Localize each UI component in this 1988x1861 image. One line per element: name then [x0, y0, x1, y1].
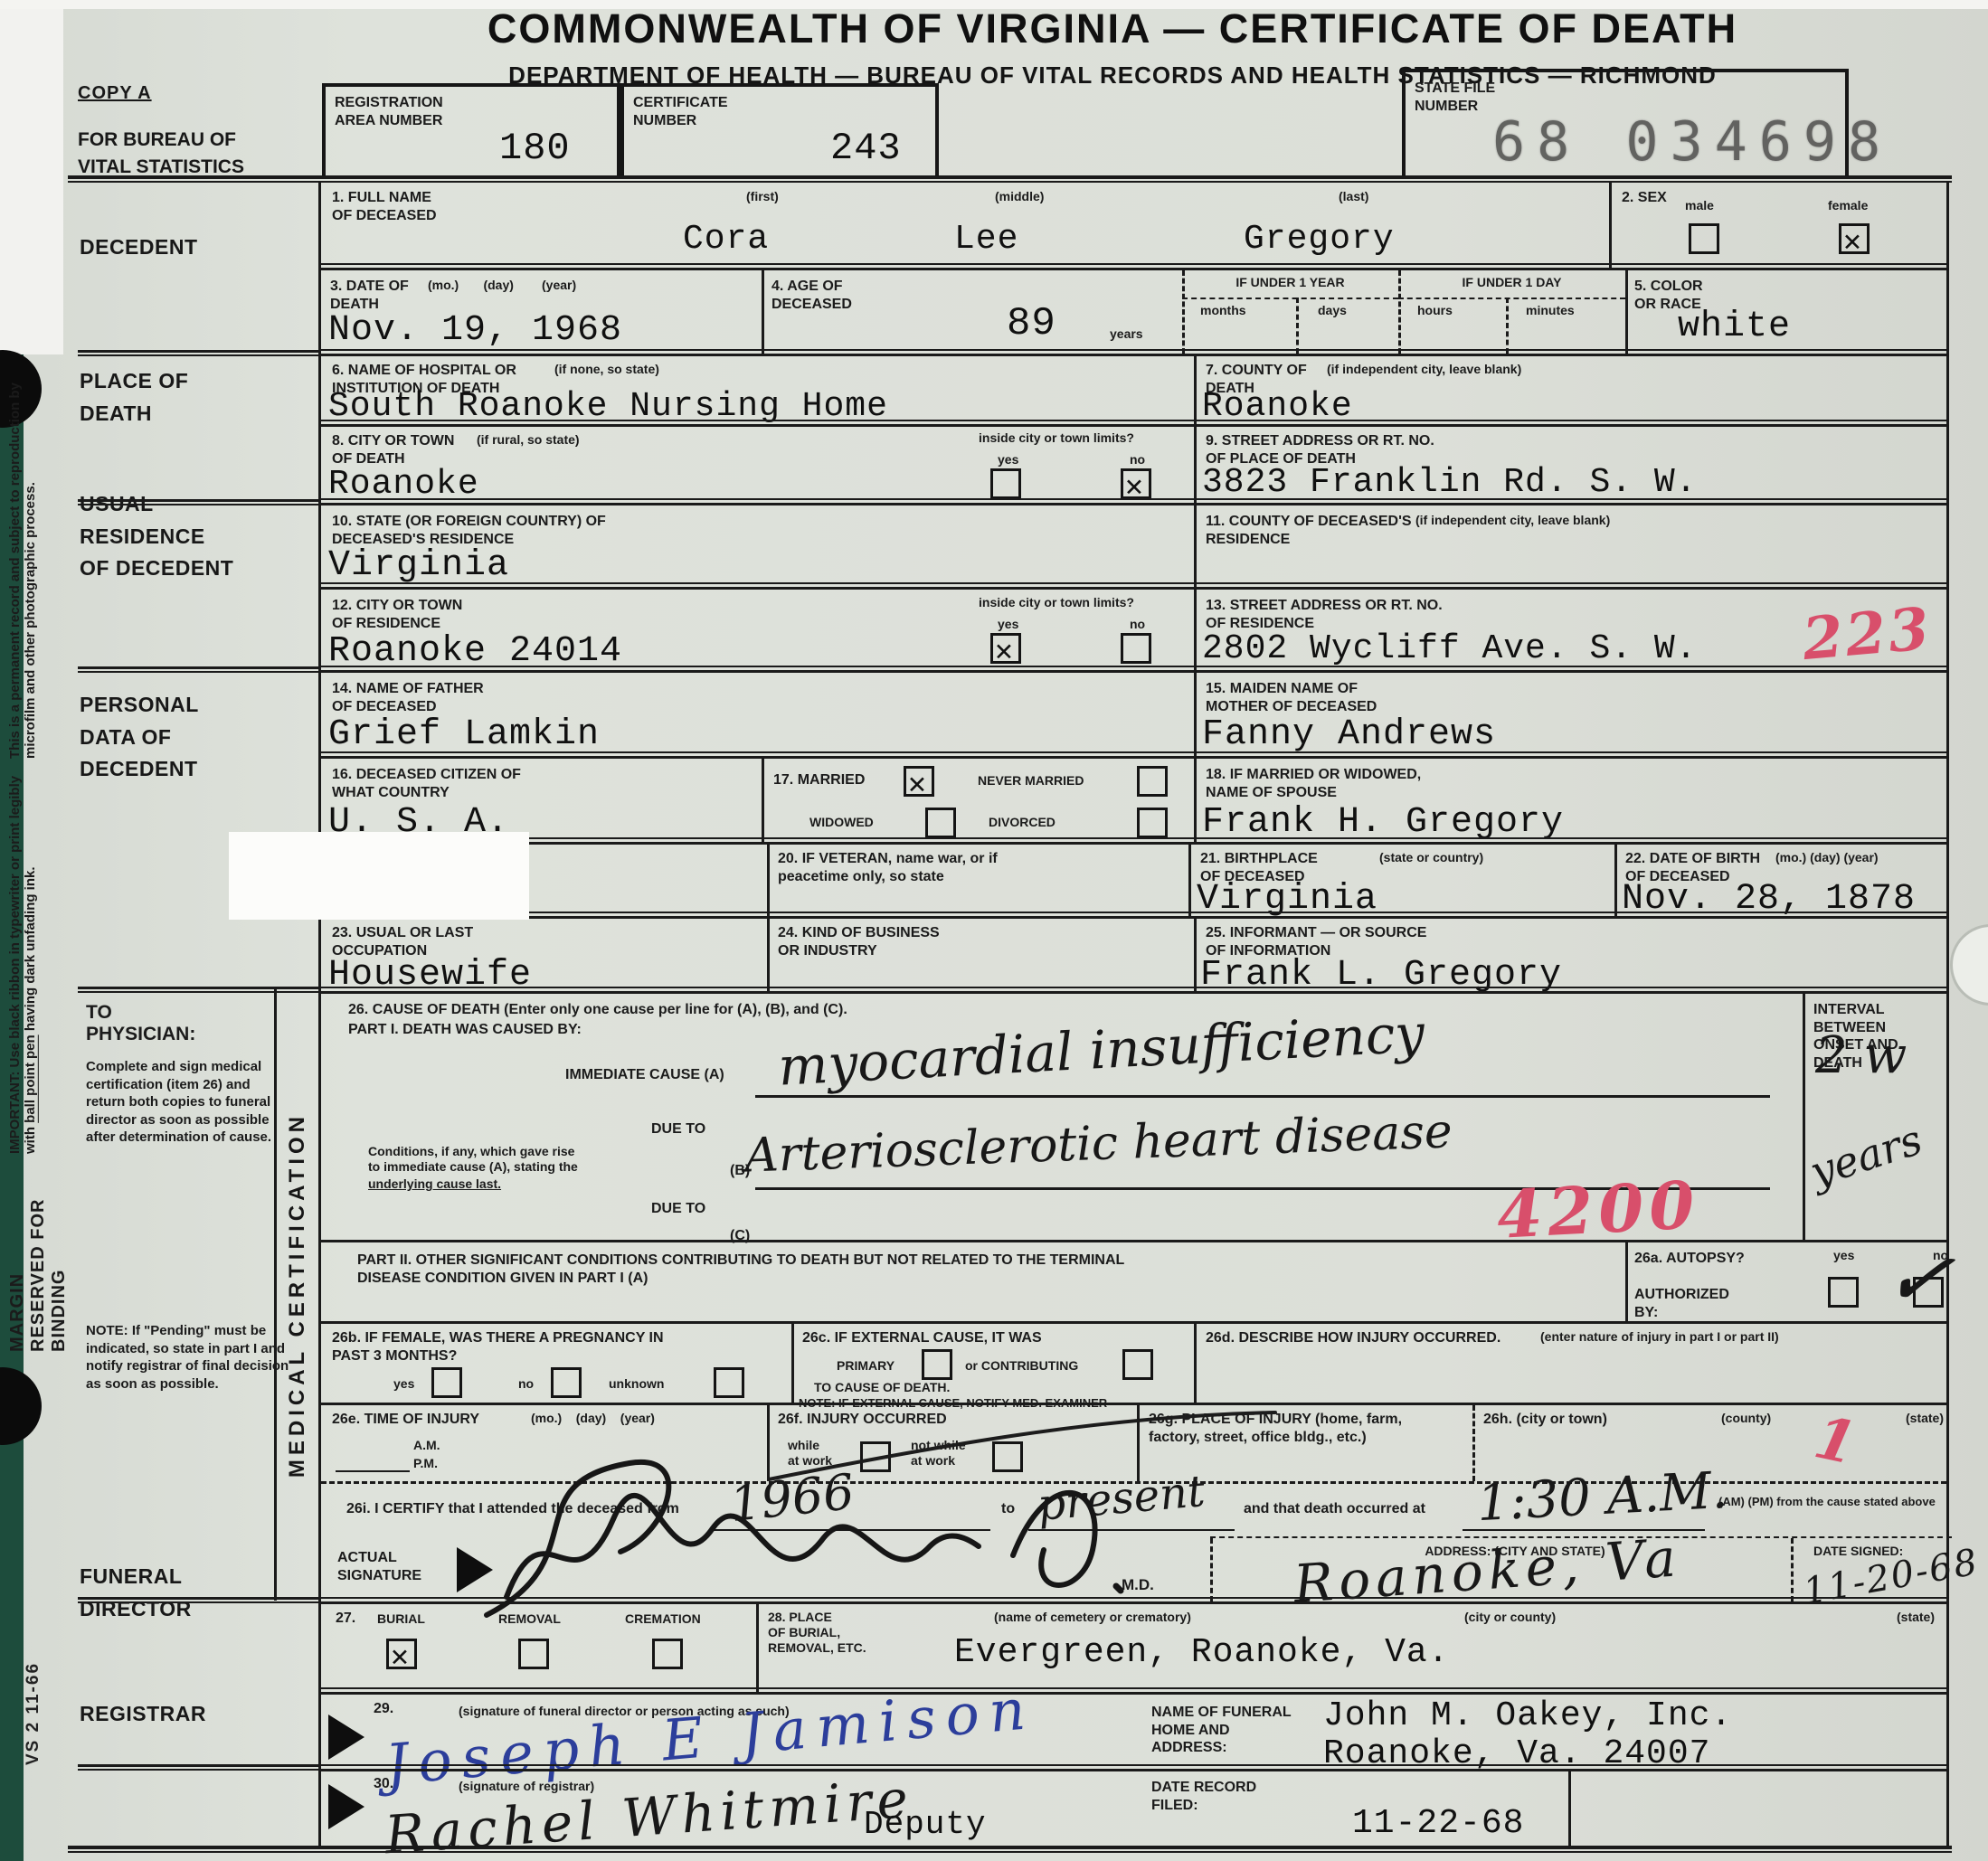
- never-married-label: NEVER MARRIED: [978, 773, 1084, 789]
- informant-value: Frank L. Gregory: [1200, 955, 1562, 996]
- divider: [1625, 270, 1628, 354]
- row-hospital: 6. NAME OF HOSPITAL OR INSTITUTION OF DE…: [321, 354, 1946, 424]
- pregnancy-label: 26b. IF FEMALE, WAS THERE A PREGNANCY IN…: [332, 1329, 664, 1365]
- city-limits-label: inside city or town limits?: [943, 430, 1169, 446]
- burial-checkbox: [386, 1639, 417, 1669]
- whiteout-patch: [229, 832, 529, 920]
- actual-signature-label: ACTUAL SIGNATURE: [337, 1549, 421, 1584]
- cause-a-handwriting: myocardial insufficiency: [777, 1002, 1426, 1097]
- side-separator: [78, 499, 318, 505]
- punch-hole-right: [1950, 924, 1988, 1006]
- pm-label: P.M.: [413, 1456, 438, 1471]
- sex-female-checkbox: [1839, 223, 1870, 254]
- row-full-name: 1. FULL NAME OF DECEASED (first) (middle…: [321, 182, 1946, 268]
- county-residence-label: 11. COUNTY OF DECEASED'S RESIDENCE: [1206, 513, 1412, 548]
- funeral-home-name-value: John M. Oakey, Inc.: [1323, 1696, 1732, 1735]
- date-of-death-hint: (mo.) (day) (year): [428, 278, 576, 293]
- married-checkbox: [904, 766, 934, 797]
- row-citizen-marital: 16. DECEASED CITIZEN OF WHAT COUNTRY U. …: [321, 756, 1946, 842]
- veteran-label: 20. IF VETERAN, name war, or if peacetim…: [778, 850, 998, 885]
- minutes-label: minutes: [1526, 303, 1575, 318]
- father-label: 14. NAME OF FATHER OF DECEASED: [332, 680, 484, 715]
- medical-certification-label: MEDICAL CERTIFICATION: [285, 1112, 310, 1478]
- divider: [1506, 298, 1509, 354]
- autopsy-label: 26a. AUTOPSY?: [1634, 1250, 1745, 1268]
- widowed-label: WIDOWED: [809, 815, 874, 830]
- document-title: COMMONWEALTH OF VIRGINIA — CERTIFICATE O…: [271, 5, 1954, 52]
- date-of-death-value: Nov. 19, 1968: [328, 310, 622, 351]
- occupation-value: Housewife: [328, 955, 532, 996]
- age-unit-label: years: [1110, 326, 1143, 342]
- pregnancy-unknown-checkbox: [714, 1367, 744, 1398]
- physician-signature: [470, 1400, 1321, 1626]
- divider: [1803, 994, 1805, 1240]
- registration-area-label: REGISTRATION AREA NUMBER: [335, 94, 443, 129]
- widowed-checkbox: [925, 808, 956, 838]
- funeral-home-address-value: Roanoke, Va. 24007: [1323, 1734, 1710, 1773]
- full-name-label: 1. FULL NAME OF DECEASED: [332, 189, 437, 224]
- citizen-label: 16. DECEASED CITIZEN OF WHAT COUNTRY: [332, 766, 521, 801]
- due-to-1-label: DUE TO: [651, 1120, 705, 1138]
- city-limits-yes-label: yes: [998, 452, 1018, 468]
- business-label: 24. KIND OF BUSINESS OR INDUSTRY: [778, 924, 940, 959]
- interval-a-handwriting: 2 w: [1815, 1026, 1907, 1085]
- divorced-label: DIVORCED: [989, 815, 1056, 830]
- residence-limits-yes-checkbox: [990, 633, 1021, 664]
- form-code: VS 2 11-66: [24, 1584, 43, 1765]
- injury-description-label: 26d. DESCRIBE HOW INJURY OCCURRED.: [1206, 1329, 1500, 1347]
- days-label: days: [1318, 303, 1347, 318]
- disposition-number-label: 27.: [336, 1610, 355, 1628]
- section-place-of-death: PLACE OF DEATH: [80, 365, 306, 430]
- funeral-director-arrow-icon: [328, 1715, 364, 1760]
- pregnancy-no-label: no: [518, 1376, 534, 1392]
- divider: [1194, 356, 1197, 424]
- sex-male-checkbox: [1689, 223, 1719, 254]
- hours-label: hours: [1417, 303, 1453, 318]
- margin-important-note: IMPORTANT: Use black ribbon in typewrite…: [7, 768, 85, 1154]
- cremation-checkbox: [652, 1639, 683, 1669]
- funeral-home-label: NAME OF FUNERAL HOME AND ADDRESS:: [1151, 1704, 1292, 1757]
- to-physician-title: TO PHYSICIAN:: [86, 1002, 289, 1045]
- residence-limits-no-checkbox: [1121, 633, 1151, 664]
- divider: [1398, 298, 1625, 299]
- color-race-value: white: [1678, 307, 1791, 347]
- row-funeral-director: 29. (signature of funeral director or pe…: [321, 1692, 1946, 1769]
- divider: [767, 845, 770, 916]
- funeral-director-number-label: 29.: [374, 1700, 393, 1718]
- sex-female-label: female: [1828, 198, 1868, 213]
- residence-limits-no-label: no: [1130, 617, 1145, 632]
- binder-hole: [0, 1367, 42, 1445]
- divider: [762, 270, 764, 354]
- state-residence-value: Virginia: [328, 545, 509, 586]
- age-label: 4. AGE OF DECEASED: [772, 278, 852, 313]
- copy-label: COPY A: [78, 83, 152, 104]
- date-filed-value: 11-22-68: [1352, 1804, 1524, 1843]
- time-of-injury-label: 26e. TIME OF INJURY: [332, 1411, 479, 1429]
- deputy-value: Deputy: [864, 1806, 987, 1843]
- street-residence-value: 2802 Wycliff Ave. S. W.: [1202, 629, 1698, 668]
- burial-state-hint: (state): [1897, 1610, 1935, 1625]
- divider: [1296, 298, 1299, 354]
- conditions-note-underlined: underlying cause last.: [368, 1176, 501, 1192]
- pregnancy-yes-checkbox: [431, 1367, 462, 1398]
- dob-value: Nov. 28, 1878: [1622, 879, 1916, 920]
- pregnancy-no-checkbox: [551, 1367, 582, 1398]
- am-label: A.M.: [413, 1438, 440, 1453]
- state-residence-label: 10. STATE (OR FOREIGN COUNTRY) OF DECEAS…: [332, 513, 606, 548]
- divider: [1194, 505, 1197, 587]
- pregnancy-yes-label: yes: [393, 1376, 414, 1392]
- primary-label: PRIMARY: [837, 1358, 895, 1374]
- mother-value: Fanny Andrews: [1202, 714, 1496, 755]
- birthplace-hint: (state or country): [1379, 850, 1483, 865]
- place-of-burial-value: Evergreen, Roanoke, Va.: [954, 1633, 1450, 1672]
- city-limits-no-checkbox: [1121, 468, 1151, 499]
- divider: [1614, 845, 1617, 916]
- pending-note: NOTE: If "Pending" must be indicated, so…: [86, 1322, 296, 1393]
- scan-white-corner: [0, 0, 63, 354]
- death-certificate-page: COMMONWEALTH OF VIRGINIA — CERTIFICATE O…: [0, 0, 1988, 1861]
- residence-limits-yes-label: yes: [998, 617, 1018, 632]
- section-personal-data: PERSONAL DATA OF DECEDENT: [80, 689, 306, 786]
- burial-label: BURIAL: [377, 1611, 425, 1627]
- to-physician-body: Complete and sign medical certification …: [86, 1058, 289, 1147]
- cause-label: 26. CAUSE OF DEATH (Enter only one cause…: [348, 1001, 847, 1019]
- bureau-label: FOR BUREAU OF VITAL STATISTICS: [78, 127, 244, 182]
- pregnancy-unknown-label: unknown: [609, 1376, 664, 1392]
- registration-area-box: REGISTRATION AREA NUMBER 180: [322, 83, 620, 177]
- row-state-residence: 10. STATE (OR FOREIGN COUNTRY) OF DECEAS…: [321, 503, 1946, 587]
- divider: [1609, 182, 1612, 268]
- side-separator: [78, 666, 318, 673]
- section-registrar: REGISTRAR: [80, 1698, 306, 1731]
- am-pm-line: [336, 1470, 410, 1472]
- spouse-label: 18. IF MARRIED OR WIDOWED, NAME OF SPOUS…: [1206, 766, 1421, 801]
- divider: [762, 759, 764, 842]
- row-city-of-death: 8. CITY OR TOWN OF DEATH (if rural, so s…: [321, 424, 1946, 503]
- sex-label: 2. SEX: [1622, 189, 1667, 207]
- medical-certification-strip: MEDICAL CERTIFICATION: [274, 989, 318, 1601]
- hospital-hint: (if none, so state): [554, 362, 659, 377]
- injury-state-label: (state): [1906, 1411, 1944, 1426]
- divider: [1188, 845, 1191, 916]
- residence-limits-label: inside city or town limits?: [943, 595, 1169, 610]
- external-cause-label: 26c. IF EXTERNAL CAUSE, IT WAS: [802, 1329, 1042, 1347]
- city-of-death-hint: (if rural, so state): [477, 432, 580, 448]
- cause-part1-label: PART I. DEATH WAS CAUSED BY:: [348, 1021, 582, 1039]
- middle-name-value: Lee: [954, 220, 1018, 259]
- autopsy-yes-checkbox: [1828, 1277, 1859, 1308]
- under-1-year-label: IF UNDER 1 YEAR: [1184, 275, 1396, 290]
- to-cause-label: TO CAUSE OF DEATH.: [814, 1380, 950, 1395]
- certificate-number-value: 243: [830, 127, 902, 170]
- divider: [1194, 590, 1197, 670]
- margin-permanent-note: This is a permanent record and subject t…: [7, 380, 85, 759]
- city-of-death-label: 8. CITY OR TOWN OF DEATH: [332, 432, 454, 468]
- authorized-by-label: AUTHORIZED BY:: [1634, 1286, 1729, 1321]
- divider: [1568, 1771, 1571, 1849]
- age-value: 89: [1007, 301, 1056, 346]
- sex-male-label: male: [1685, 198, 1714, 213]
- ampm-tail-label: (AM) (PM) from the cause stated above: [1718, 1495, 1946, 1509]
- state-file-value: 68 034698: [1492, 110, 1892, 174]
- county-residence-hint: (if independent city, leave blank): [1415, 513, 1610, 528]
- injury-county-label: (county): [1721, 1411, 1771, 1426]
- contributing-checkbox: [1122, 1349, 1153, 1380]
- divider: [791, 1324, 794, 1403]
- date-of-death-label: 3. DATE OF DEATH: [330, 278, 409, 313]
- margin-binding-label: MARGIN RESERVED FOR BINDING: [7, 1163, 85, 1352]
- side-separator: [78, 350, 318, 356]
- divider: [1625, 1242, 1628, 1321]
- last-hint: (last): [1339, 189, 1368, 204]
- registration-area-value: 180: [499, 127, 571, 170]
- city-limits-no-label: no: [1130, 452, 1145, 468]
- contributing-label: or CONTRIBUTING: [965, 1358, 1078, 1374]
- divorced-checkbox: [1137, 808, 1168, 838]
- row-veteran-birth: 20. IF VETERAN, name war, or if peacetim…: [321, 842, 1946, 916]
- section-decedent: DECEDENT: [80, 231, 306, 264]
- row-pregnancy-external: 26b. IF FEMALE, WAS THERE A PREGNANCY IN…: [321, 1321, 1946, 1403]
- autopsy-no-check-mark: ✓: [1878, 1225, 1960, 1331]
- divider: [1194, 427, 1197, 503]
- primary-checkbox: [922, 1349, 952, 1380]
- street-residence-annotation: 223: [1800, 595, 1935, 674]
- binding-margin-text: MARGIN RESERVED FOR BINDING IMPORTANT: U…: [7, 380, 85, 1352]
- burial-city-hint: (city or county): [1464, 1610, 1556, 1625]
- divider: [767, 919, 770, 991]
- mother-label: 15. MAIDEN NAME OF MOTHER OF DECEASED: [1206, 680, 1377, 715]
- row-part2-autopsy: PART II. OTHER SIGNIFICANT CONDITIONS CO…: [321, 1240, 1946, 1321]
- row-cause-of-death: 26. CAUSE OF DEATH (Enter only one cause…: [321, 991, 1946, 1240]
- last-name-value: Gregory: [1244, 220, 1395, 259]
- injury-county-mark: 1: [1809, 1403, 1862, 1478]
- cause-a-line: [755, 1095, 1770, 1098]
- city-limits-yes-checkbox: [990, 468, 1021, 499]
- divider: [1182, 298, 1398, 299]
- conditions-note: Conditions, if any, which gave rise to i…: [368, 1144, 578, 1175]
- interval-b-handwriting: years: [1804, 1115, 1928, 1196]
- under-1-day-label: IF UNDER 1 DAY: [1400, 275, 1624, 290]
- first-hint: (first): [746, 189, 779, 204]
- row-city-residence: 12. CITY OR TOWN OF RESIDENCE inside cit…: [321, 587, 1946, 670]
- first-name-value: Cora: [683, 220, 769, 259]
- registrar-arrow-icon: [328, 1784, 364, 1829]
- divider: [1472, 1405, 1475, 1481]
- registrar-number-label: 30.: [374, 1775, 393, 1793]
- dob-hint: (mo.) (day) (year): [1775, 850, 1879, 865]
- row-occupation: 23. USUAL OR LAST OCCUPATION Housewife 2…: [321, 916, 1946, 991]
- removal-checkbox: [518, 1639, 549, 1669]
- divider: [1194, 673, 1197, 756]
- injury-city-label: 26h. (city or town): [1483, 1411, 1607, 1429]
- to-physician-block: TO PHYSICIAN: Complete and sign medical …: [86, 1002, 289, 1147]
- row-parents: 14. NAME OF FATHER OF DECEASED Grief Lam…: [321, 670, 1946, 756]
- father-value: Grief Lamkin: [328, 714, 600, 755]
- county-of-death-hint: (if independent city, leave blank): [1327, 362, 1521, 377]
- cause-b-handwriting: Arteriosclerotic heart disease: [743, 1104, 1453, 1183]
- divider: [1194, 759, 1197, 842]
- autopsy-yes-label: yes: [1833, 1248, 1854, 1263]
- due-to-2-label: DUE TO: [651, 1200, 705, 1218]
- city-residence-label: 12. CITY OR TOWN OF RESIDENCE: [332, 597, 462, 632]
- never-married-checkbox: [1137, 766, 1168, 797]
- birthplace-value: Virginia: [1197, 879, 1377, 920]
- street-residence-label: 13. STREET ADDRESS OR RT. NO. OF RESIDEN…: [1206, 597, 1443, 632]
- side-separator: [78, 1764, 318, 1771]
- part2-label: PART II. OTHER SIGNIFICANT CONDITIONS CO…: [357, 1252, 1406, 1287]
- certificate-number-label: CERTIFICATE NUMBER: [633, 94, 728, 129]
- injury-description-hint: (enter nature of injury in part I or par…: [1540, 1329, 1779, 1345]
- immediate-cause-label: IMMEDIATE CAUSE (A): [565, 1066, 724, 1084]
- months-label: months: [1200, 303, 1246, 318]
- middle-hint: (middle): [995, 189, 1044, 204]
- state-file-box: STATE FILE NUMBER 68 034698: [1402, 69, 1849, 177]
- row-registrar: 30. (signature of registrar) Rachel Whit…: [321, 1769, 1946, 1849]
- street-of-death-value: 3823 Franklin Rd. S. W.: [1202, 463, 1698, 502]
- row-date-of-death: 3. DATE OF DEATH (mo.) (day) (year) Nov.…: [321, 268, 1946, 354]
- divider: [1194, 919, 1197, 991]
- section-funeral-director: FUNERAL DIRECTOR: [80, 1561, 306, 1625]
- date-filed-label: DATE RECORD FILED:: [1151, 1779, 1256, 1814]
- state-file-label: STATE FILE NUMBER: [1415, 80, 1495, 115]
- certificate-number-box: CERTIFICATE NUMBER 243: [620, 83, 939, 177]
- divider: [1194, 1324, 1197, 1403]
- divider: [1791, 1538, 1794, 1601]
- married-label: 17. MARRIED: [773, 771, 865, 789]
- death-time-handwriting: 1:30 A.M.: [1475, 1461, 1728, 1533]
